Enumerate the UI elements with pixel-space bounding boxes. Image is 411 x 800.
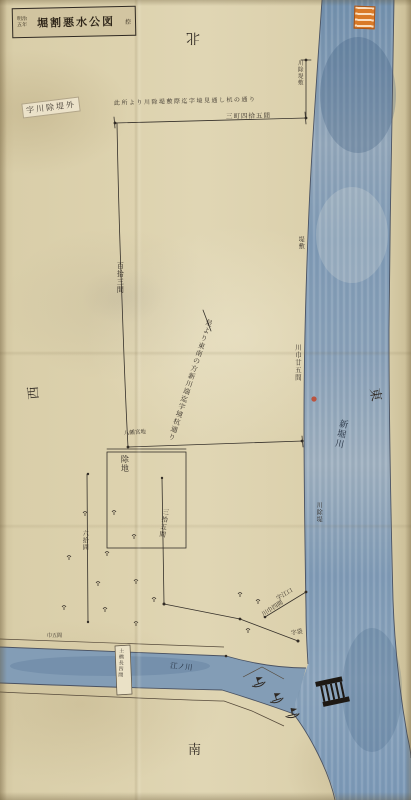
title-cartouche: 明治 五年 堀割悪水公図 控 [12,6,137,39]
river-dark-wash-lower [342,628,402,752]
canal-width-note: 巾五間 [47,634,62,639]
river-width-note: 川巾廿五間 [294,344,301,382]
compass-north: 北 [186,30,200,45]
levee-label: 川除堤 [315,502,321,523]
cartouche-date-line2: 五年 [17,23,27,29]
bank-note: 堤敷 [297,236,303,250]
top-line-length: 三町四拾五間 [226,113,271,121]
building-label: 除地 [120,455,128,473]
compass-west: 西 [27,386,42,400]
left-length: 百拾三間 [116,262,123,294]
red-seal [311,396,316,401]
west-length: 六拾間 [81,530,87,551]
compass-south: 南 [188,744,201,758]
river-dark-wash [320,37,396,153]
map-drawing [0,0,411,800]
map-canvas: 明治 五年 堀割悪水公図 控 字川除堤外 北 南 西 東 此所より川除堤敷際迄字… [0,0,411,800]
right-top-note: 川除堤敷 [296,60,302,86]
compass-east: 東 [367,387,383,402]
bridge-label: 土橋長四間 [117,648,123,678]
map-title: 堀割悪水公図 [31,13,121,31]
title-suffix: 控 [125,16,131,25]
archive-sticker [354,6,376,30]
cartouche-date: 明治 五年 [17,17,27,29]
river-light-wash [316,187,388,283]
